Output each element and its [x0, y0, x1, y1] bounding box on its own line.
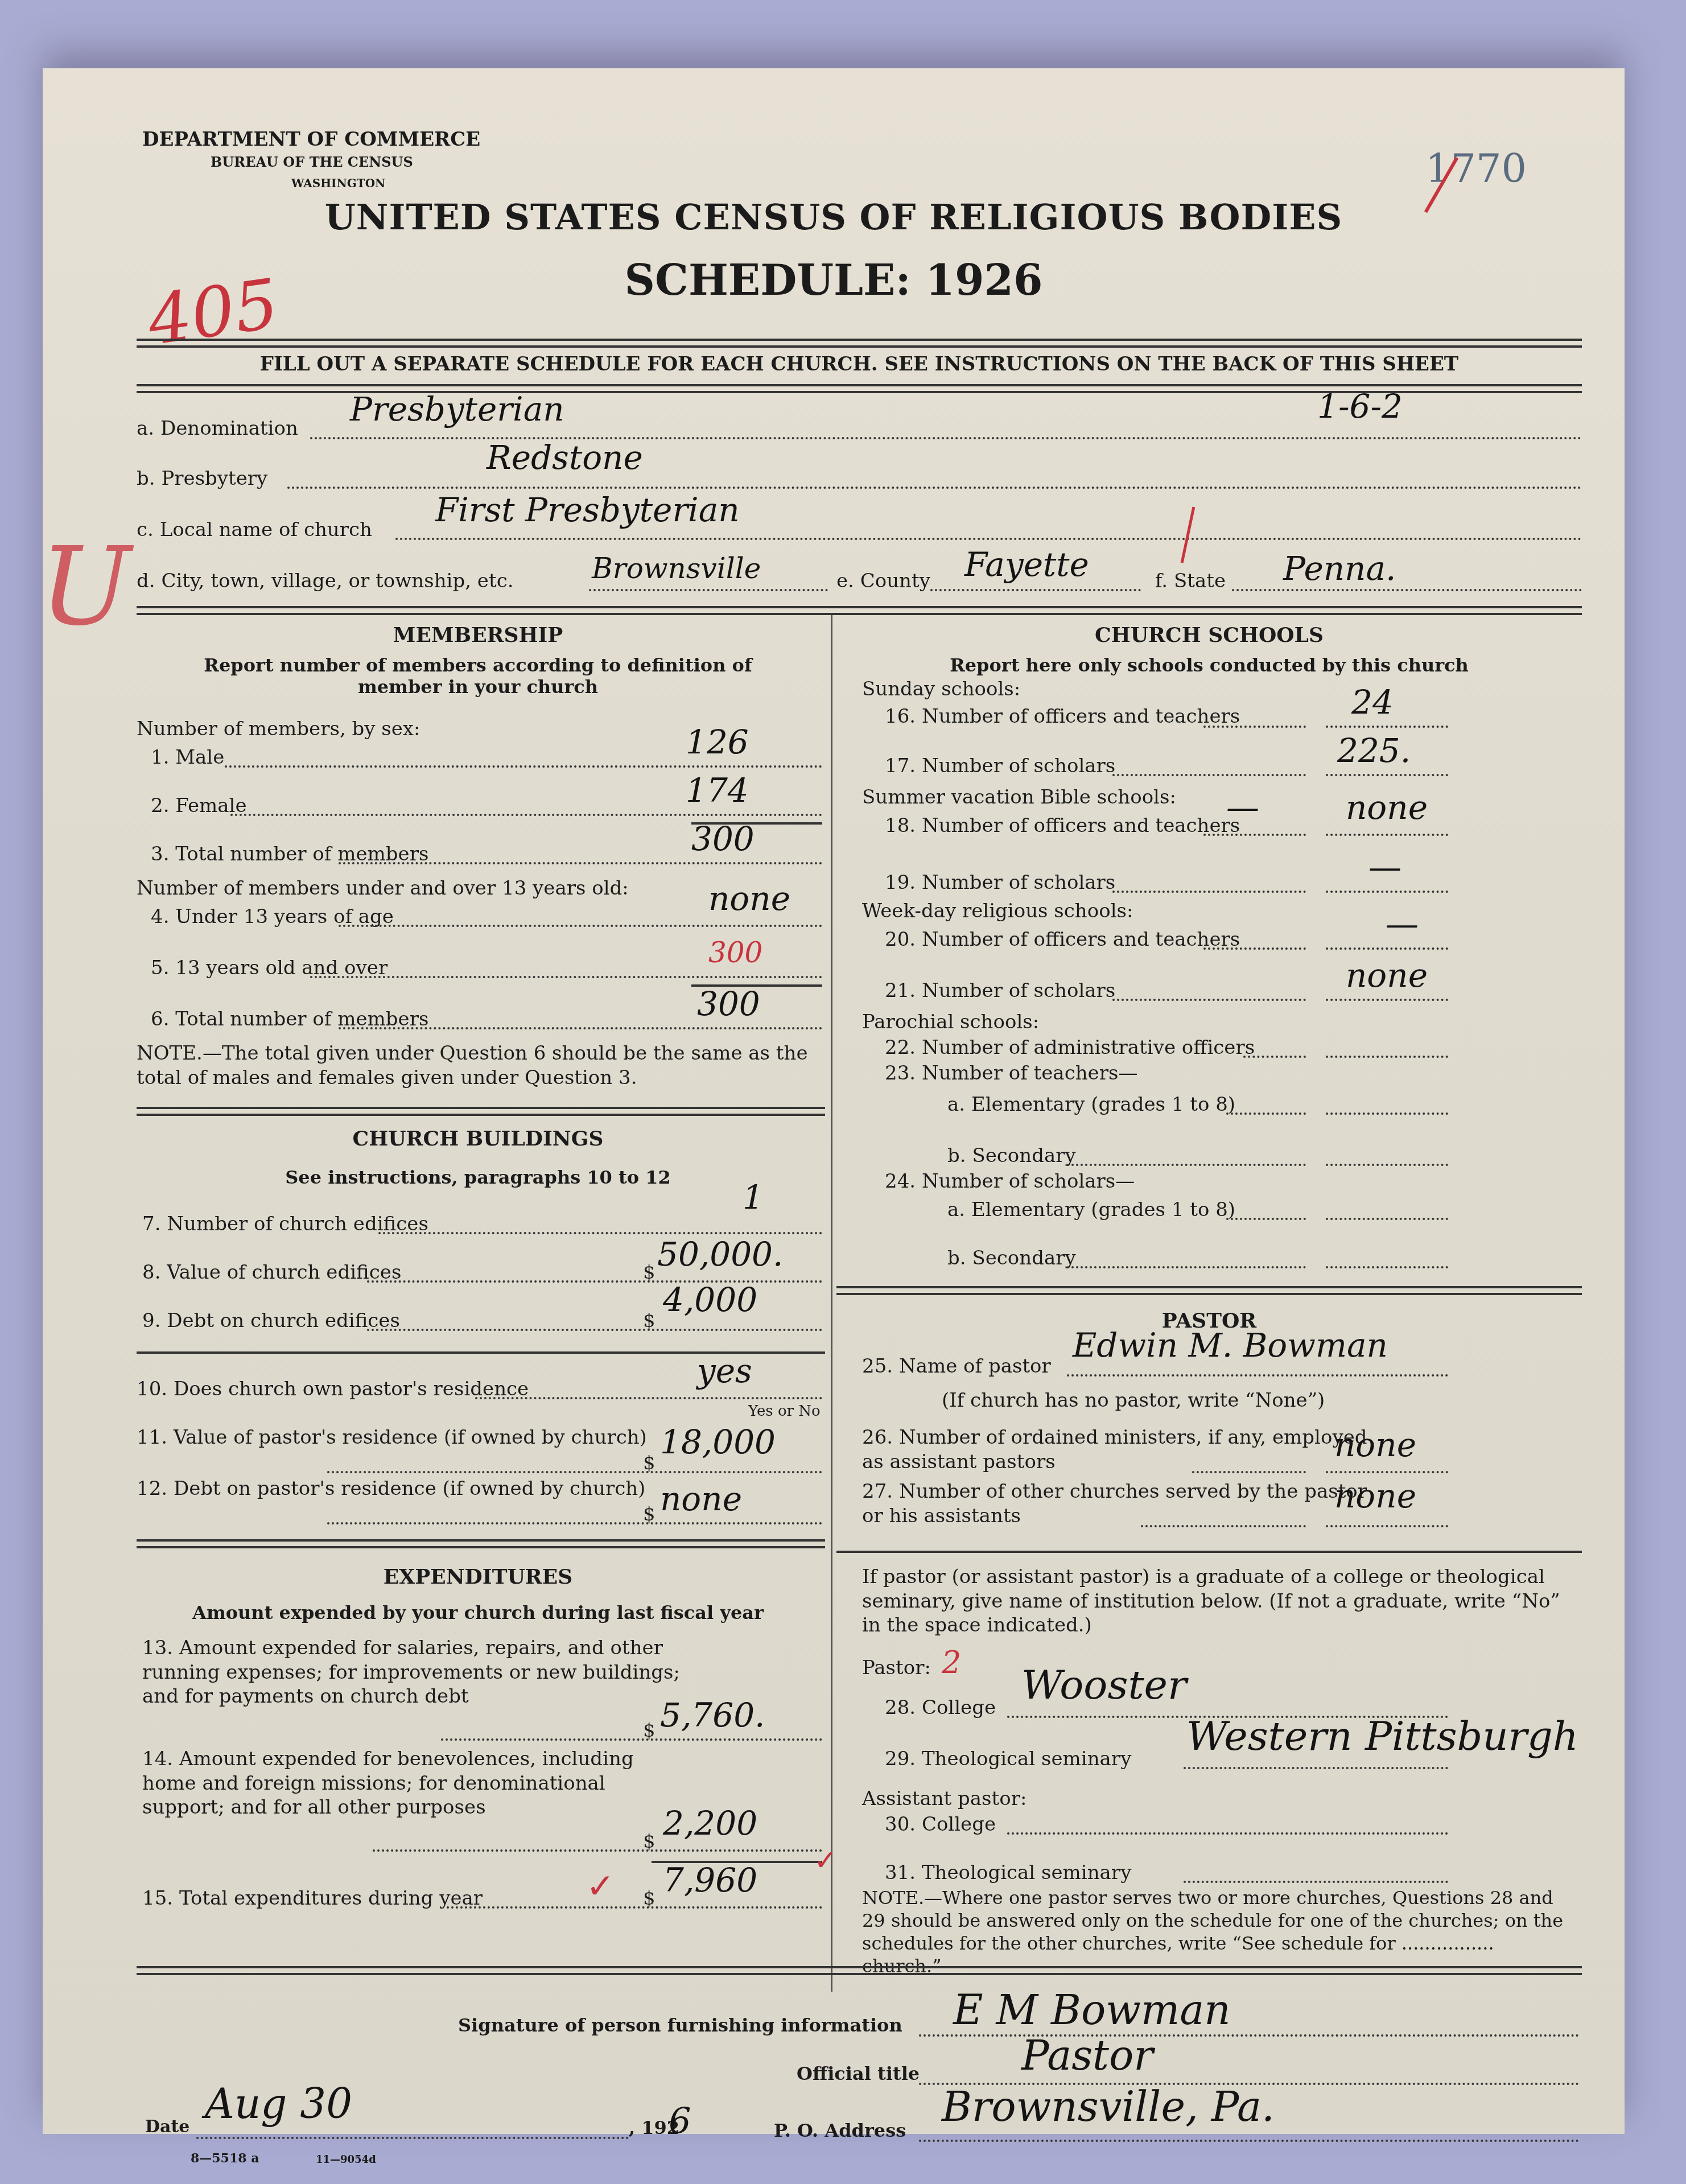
expenditures-heading: EXPENDITURES [137, 1565, 819, 1589]
census-form-sheet: DEPARTMENT OF COMMERCE BUREAU OF THE CEN… [43, 68, 1625, 2134]
row-18-label: 18. Number of officers and teachers [885, 814, 1240, 838]
running-expenses-value[interactable]: 5,760. [660, 1696, 765, 1734]
po-address-label: P. O. Address [774, 2120, 906, 2141]
row-20-value[interactable]: — [1386, 905, 1419, 943]
row-24b-label: b. Secondary [947, 1246, 1076, 1271]
year-suffix[interactable]: 6 [669, 2100, 691, 2141]
denomination-label: a. Denomination [137, 417, 298, 441]
other-churches-label: 27. Number of other churches served by t… [862, 1480, 1374, 1528]
denomination-value[interactable]: Presbyterian [350, 390, 564, 428]
edifices-value-value[interactable]: 50,000. [657, 1235, 783, 1274]
column-divider [831, 615, 832, 1992]
double-rule [137, 1107, 825, 1116]
row-21-value[interactable]: none [1346, 956, 1428, 995]
edifices-debt-value[interactable]: 4,000 [663, 1280, 757, 1319]
row-17-label: 17. Number of scholars [885, 754, 1115, 778]
residence-debt-value[interactable]: none [660, 1480, 742, 1518]
asst-seminary-label: 31. Theological seminary [885, 1861, 1131, 1885]
signature-label: Signature of person furnishing informati… [458, 2014, 902, 2036]
double-rule [137, 339, 1582, 348]
college-value[interactable]: Wooster [1021, 1662, 1186, 1708]
assistant-pastor-label: Assistant pastor: [862, 1787, 1027, 1811]
by-age-label: Number of members under and over 13 year… [137, 876, 629, 901]
row-18-dash: — [1226, 788, 1259, 827]
benevolences-value[interactable]: 2,200 [663, 1804, 757, 1843]
row-16-value[interactable]: 24 [1351, 683, 1394, 722]
row-22-label: 22. Number of administrative officers [885, 1036, 1255, 1060]
red-check-mark: ✓ [586, 1866, 615, 1906]
red-check-mark: ✓ [814, 1844, 838, 1877]
total-expenditures-label: 15. Total expenditures during year [142, 1886, 483, 1911]
form-code-2: 11—9054d [316, 2154, 376, 2166]
running-expenses-label: 13. Amount expended for salaries, repair… [142, 1636, 683, 1709]
local-name-value[interactable]: First Presbyterian [435, 491, 740, 529]
seminary-label: 29. Theological seminary [885, 1747, 1131, 1771]
asst-college-label: 30. College [885, 1812, 996, 1837]
city-value[interactable]: Brownsville [592, 552, 761, 585]
expenditures-subheading: Amount expended by your church during la… [137, 1602, 819, 1623]
code-value: 1-6-2 [1317, 387, 1403, 426]
other-churches-value[interactable]: none [1334, 1477, 1416, 1515]
pastor-red-mark: 2 [942, 1645, 961, 1680]
form-title: UNITED STATES CENSUS OF RELIGIOUS BODIES [43, 196, 1625, 238]
under-13-value[interactable]: none [708, 879, 790, 918]
row-24a-label: a. Elementary (grades 1 to 8) [947, 1198, 1235, 1222]
presbytery-label: b. Presbytery [137, 467, 267, 491]
pastor-name-value[interactable]: Edwin M. Bowman [1073, 1326, 1388, 1365]
row-19-value[interactable]: — [1368, 848, 1401, 887]
double-rule [836, 1286, 1582, 1295]
over-13-value[interactable]: 300 [708, 936, 762, 969]
edifices-debt-label: 9. Debt on church edifices [142, 1309, 400, 1333]
state-value[interactable]: Penna. [1283, 549, 1396, 588]
double-rule [137, 606, 1582, 615]
total-members-value[interactable]: 300 [691, 819, 755, 858]
double-rule [137, 1966, 1582, 1975]
graduate-note: If pastor (or assistant pastor) is a gra… [862, 1565, 1568, 1638]
row-17-value[interactable]: 225. [1337, 731, 1411, 770]
assistant-pastors-label: 26. Number of ordained ministers, if any… [862, 1425, 1374, 1474]
city-label: d. City, town, village, or township, etc… [137, 569, 514, 594]
yes-or-no-hint: Yes or No [748, 1403, 821, 1420]
red-check-mark [1181, 507, 1196, 563]
official-title-label: Official title [797, 2063, 920, 2084]
total-members-6-value[interactable]: 300 [697, 984, 760, 1023]
department-label: DEPARTMENT OF COMMERCE [142, 128, 480, 151]
church-schools-heading: CHURCH SCHOOLS [839, 623, 1579, 647]
female-value[interactable]: 174 [686, 771, 749, 810]
church-schools-subheading: Report here only schools conducted by th… [839, 654, 1579, 676]
row-23-label: 23. Number of teachers— [885, 1061, 1137, 1086]
red-margin-mark: U [40, 524, 131, 649]
owns-residence-value[interactable]: yes [697, 1351, 752, 1390]
row-19-label: 19. Number of scholars [885, 871, 1115, 895]
seminary-value[interactable]: Western Pittsburgh [1186, 1713, 1578, 1759]
pastor-label: Pastor: [862, 1656, 931, 1680]
row-20-label: 20. Number of officers and teachers [885, 928, 1240, 952]
membership-note: NOTE.—The total given under Question 6 s… [137, 1041, 819, 1090]
membership-subheading: Report number of members according to de… [165, 654, 791, 698]
pastor-name-label: 25. Name of pastor [862, 1354, 1051, 1379]
row-21-label: 21. Number of scholars [885, 979, 1115, 1003]
sunday-schools-label: Sunday schools: [862, 677, 1020, 702]
summer-schools-label: Summer vacation Bible schools: [862, 785, 1176, 810]
pastor-name-hint: (If church has no pastor, write “None”) [942, 1388, 1325, 1413]
pastor-note: NOTE.—Where one pastor serves two or mor… [862, 1886, 1568, 1977]
college-label: 28. College [885, 1696, 996, 1720]
residence-debt-label: 12. Debt on pastor's residence (if owned… [137, 1477, 683, 1501]
county-value[interactable]: Fayette [964, 545, 1089, 584]
date-label: Date [145, 2117, 189, 2137]
benevolences-label: 14. Amount expended for benevolences, in… [142, 1747, 683, 1820]
form-code-1: 8—5518 a [191, 2151, 259, 2166]
church-buildings-subheading: See instructions, paragraphs 10 to 12 [137, 1167, 819, 1188]
parochial-schools-label: Parochial schools: [862, 1010, 1039, 1035]
male-label: 1. Male [151, 745, 224, 770]
state-label: f. State [1155, 569, 1226, 594]
signature-value[interactable]: E M Bowman [953, 1986, 1231, 2034]
presbytery-value[interactable]: Redstone [487, 438, 643, 477]
date-value[interactable]: Aug 30 [205, 2080, 352, 2128]
instruction-banner: FILL OUT A SEPARATE SCHEDULE FOR EACH CH… [137, 353, 1582, 376]
edifices-count-value[interactable]: 1 [743, 1178, 764, 1217]
county-label: e. County [836, 569, 930, 594]
total-expenditures-value[interactable]: 7,960 [663, 1861, 757, 1899]
owns-residence-label: 10. Does church own pastor's residence [137, 1377, 529, 1402]
edifices-value-label: 8. Value of church edifices [142, 1260, 401, 1285]
assistant-pastors-value[interactable]: none [1334, 1425, 1416, 1464]
residence-value-label: 11. Value of pastor's residence (if owne… [137, 1425, 683, 1450]
city-label: WASHINGTON [291, 176, 385, 190]
row-23a-label: a. Elementary (grades 1 to 8) [947, 1093, 1235, 1117]
by-sex-label: Number of members, by sex: [137, 717, 420, 741]
po-address-value[interactable]: Brownsville, Pa. [942, 2083, 1275, 2131]
double-rule [137, 1539, 825, 1548]
row-16-label: 16. Number of officers and teachers [885, 704, 1240, 729]
row-24-label: 24. Number of scholars— [885, 1169, 1135, 1194]
residence-value-value[interactable]: 18,000 [660, 1423, 776, 1461]
row-18-value[interactable]: none [1346, 788, 1428, 827]
schedule-year: SCHEDULE: 1926 [43, 256, 1625, 305]
official-title-value[interactable]: Pastor [1021, 2031, 1153, 2079]
local-name-label: c. Local name of church [137, 518, 372, 542]
church-buildings-heading: CHURCH BUILDINGS [137, 1127, 819, 1151]
bureau-label: BUREAU OF THE CENSUS [211, 154, 413, 170]
male-value[interactable]: 126 [686, 723, 749, 761]
membership-heading: MEMBERSHIP [137, 623, 819, 647]
weekday-schools-label: Week-day religious schools: [862, 899, 1133, 924]
row-23b-label: b. Secondary [947, 1144, 1076, 1168]
